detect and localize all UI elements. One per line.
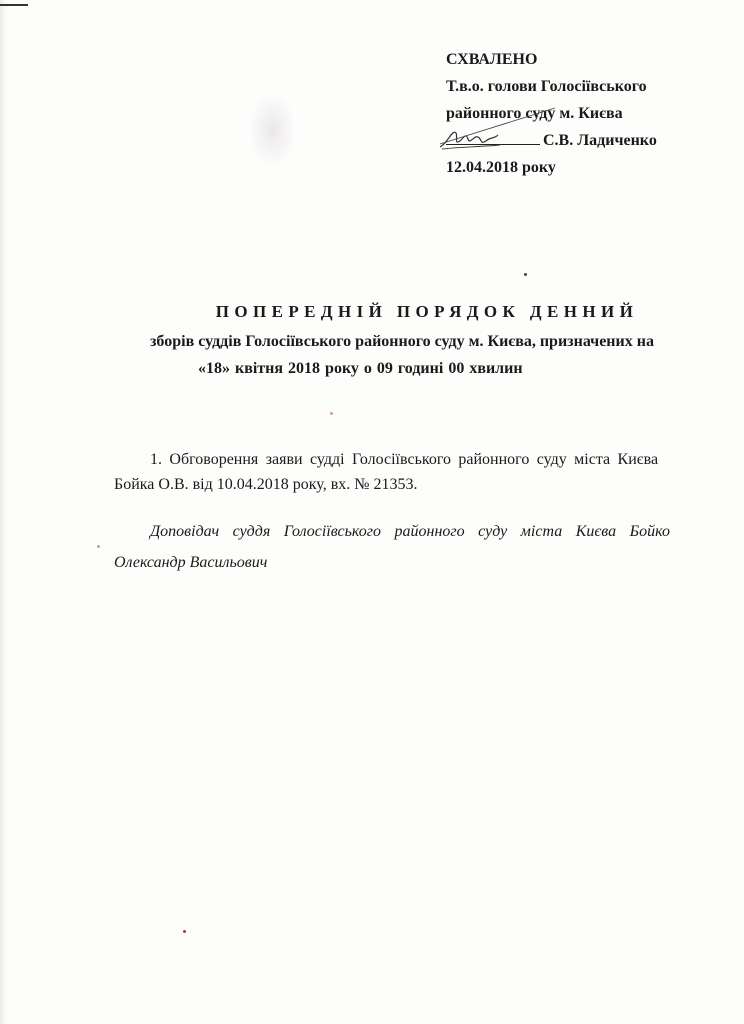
signature-stroke-icon	[430, 106, 560, 146]
approval-position-1: Т.в.о. голови Голосіївського	[446, 73, 657, 100]
scan-mark	[0, 4, 28, 6]
agenda-item-1-line-2: Бойка О.В. від 10.04.2018 року, вх. № 21…	[114, 476, 418, 494]
approval-date: 12.04.2018 року	[446, 154, 657, 181]
agenda-item-1-line-1: 1. Обговорення заяви судді Голосіївськог…	[150, 451, 658, 469]
speaker-line-2: Олександр Васильович	[114, 554, 267, 572]
speck	[524, 273, 527, 276]
speck	[183, 930, 186, 933]
speaker-line-1: Доповідач суддя Голосіївського районного…	[150, 523, 670, 541]
ink-smudge	[250, 95, 295, 165]
speck	[97, 545, 100, 548]
scanned-page: СХВАЛЕНО Т.в.о. голови Голосіївського ра…	[0, 0, 744, 1024]
approval-heading: СХВАЛЕНО	[446, 46, 657, 73]
document-subtitle-2: «18» квітня 2018 року о 09 годині 00 хви…	[198, 360, 523, 378]
speck	[330, 412, 333, 415]
scan-edge	[0, 0, 8, 1024]
signatory-name: С.В. Ладиченко	[543, 132, 657, 149]
document-title: ПОПЕРЕДНІЙ ПОРЯДОК ДЕННИЙ	[0, 302, 744, 322]
document-subtitle-1: зборів суддів Голосіївського районного с…	[150, 333, 654, 351]
